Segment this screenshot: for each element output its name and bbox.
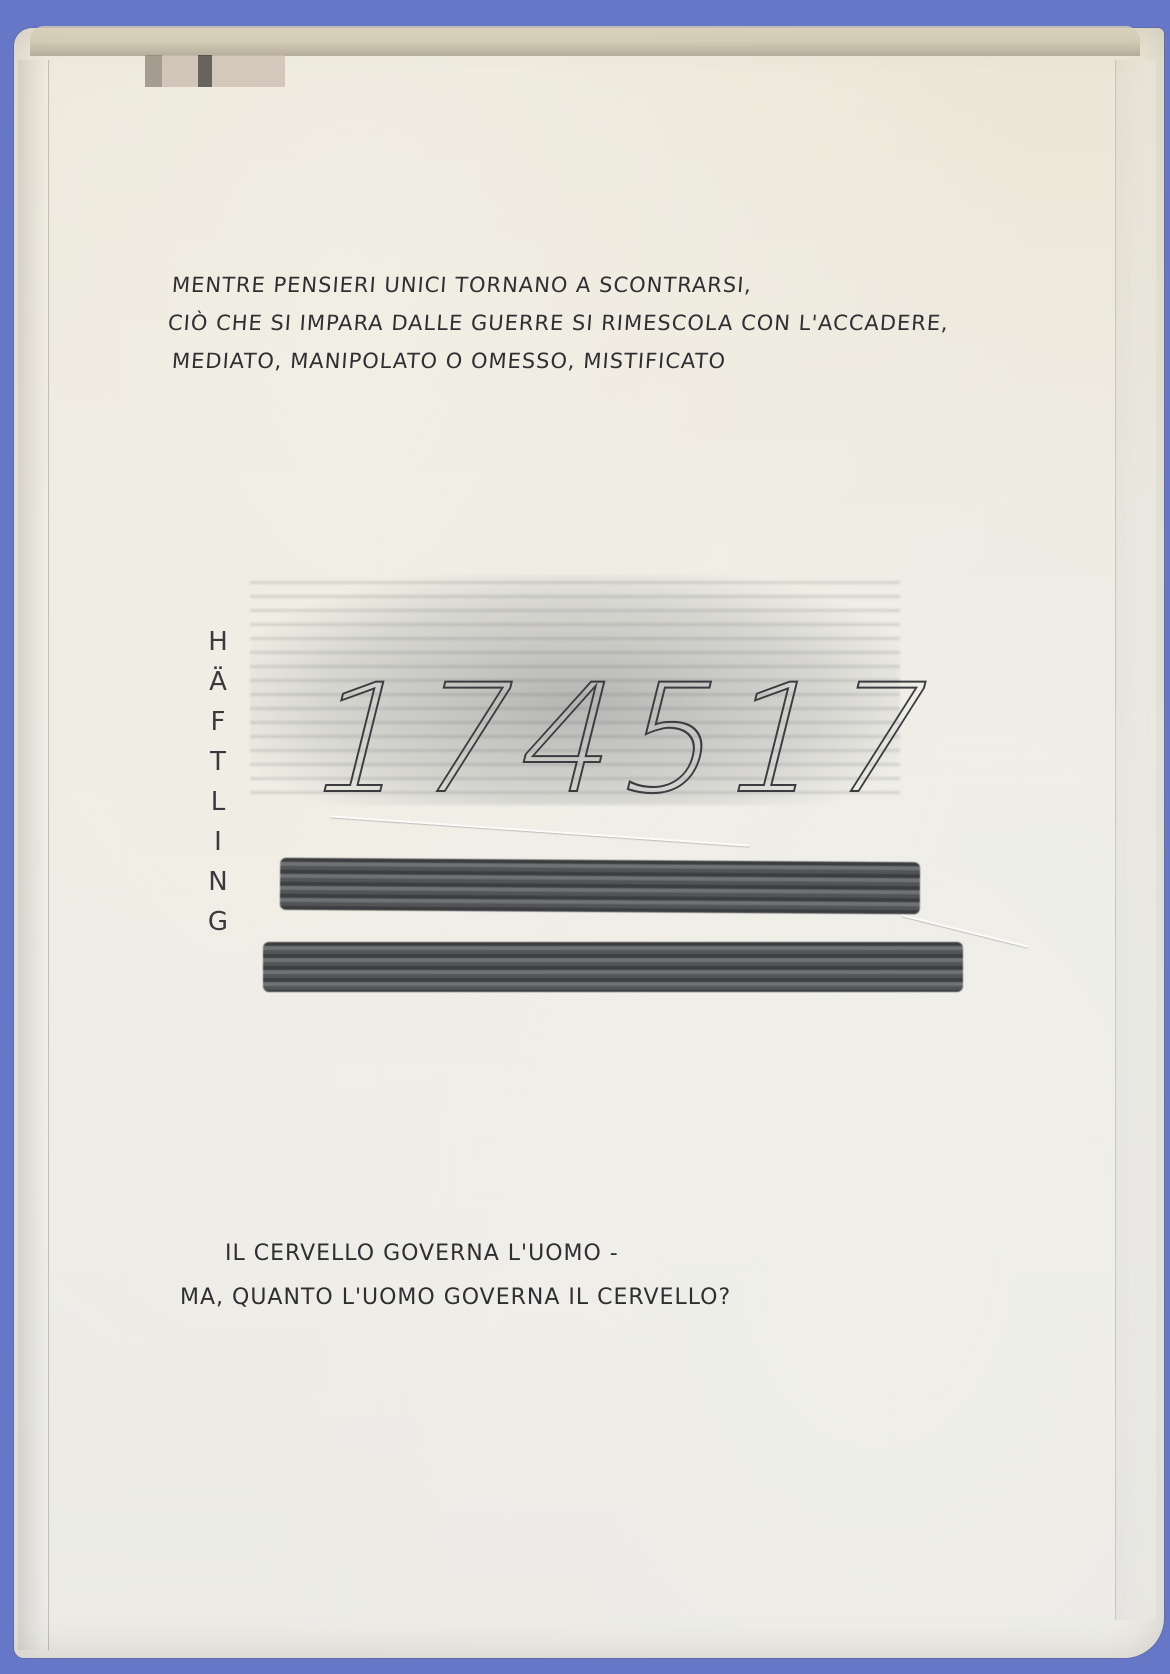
vertical-label-haftling: H Ä F T L I N G xyxy=(205,622,231,942)
bottom-text-line-2: ma, quanto l'uomo governa il cervello? xyxy=(180,1276,731,1320)
top-text-line-2: ciò che si impara dalle guerre si rimesc… xyxy=(167,304,950,342)
bottom-text-line-1: Il cervello governa l'uomo - xyxy=(225,1232,731,1276)
vertical-letter: N xyxy=(205,862,231,902)
vertical-letter: I xyxy=(205,822,231,862)
dark-brush-stripe-1 xyxy=(280,858,920,914)
dark-brush-stripe-2 xyxy=(263,942,963,992)
paper-left-edge xyxy=(18,60,49,1650)
paper-top-edge xyxy=(30,26,1140,56)
paper-right-edge xyxy=(1115,60,1156,1620)
vertical-letter: L xyxy=(205,782,231,822)
vertical-letter: Ä xyxy=(205,662,231,702)
vertical-letter: H xyxy=(205,622,231,662)
vertical-letter: T xyxy=(205,742,231,782)
vertical-letter: F xyxy=(205,702,231,742)
top-text-line-3: mediato, manipolato o omesso, mistificat… xyxy=(171,342,950,380)
prisoner-number: 174517 xyxy=(296,665,954,815)
bottom-handwritten-text: Il cervello governa l'uomo - ma, quanto … xyxy=(225,1232,731,1320)
newsprint-fragment xyxy=(145,55,285,87)
top-text-line-1: Mentre pensieri unici tornano a scontrar… xyxy=(171,266,950,304)
vertical-letter: G xyxy=(205,902,231,942)
top-handwritten-text: Mentre pensieri unici tornano a scontrar… xyxy=(172,266,949,380)
